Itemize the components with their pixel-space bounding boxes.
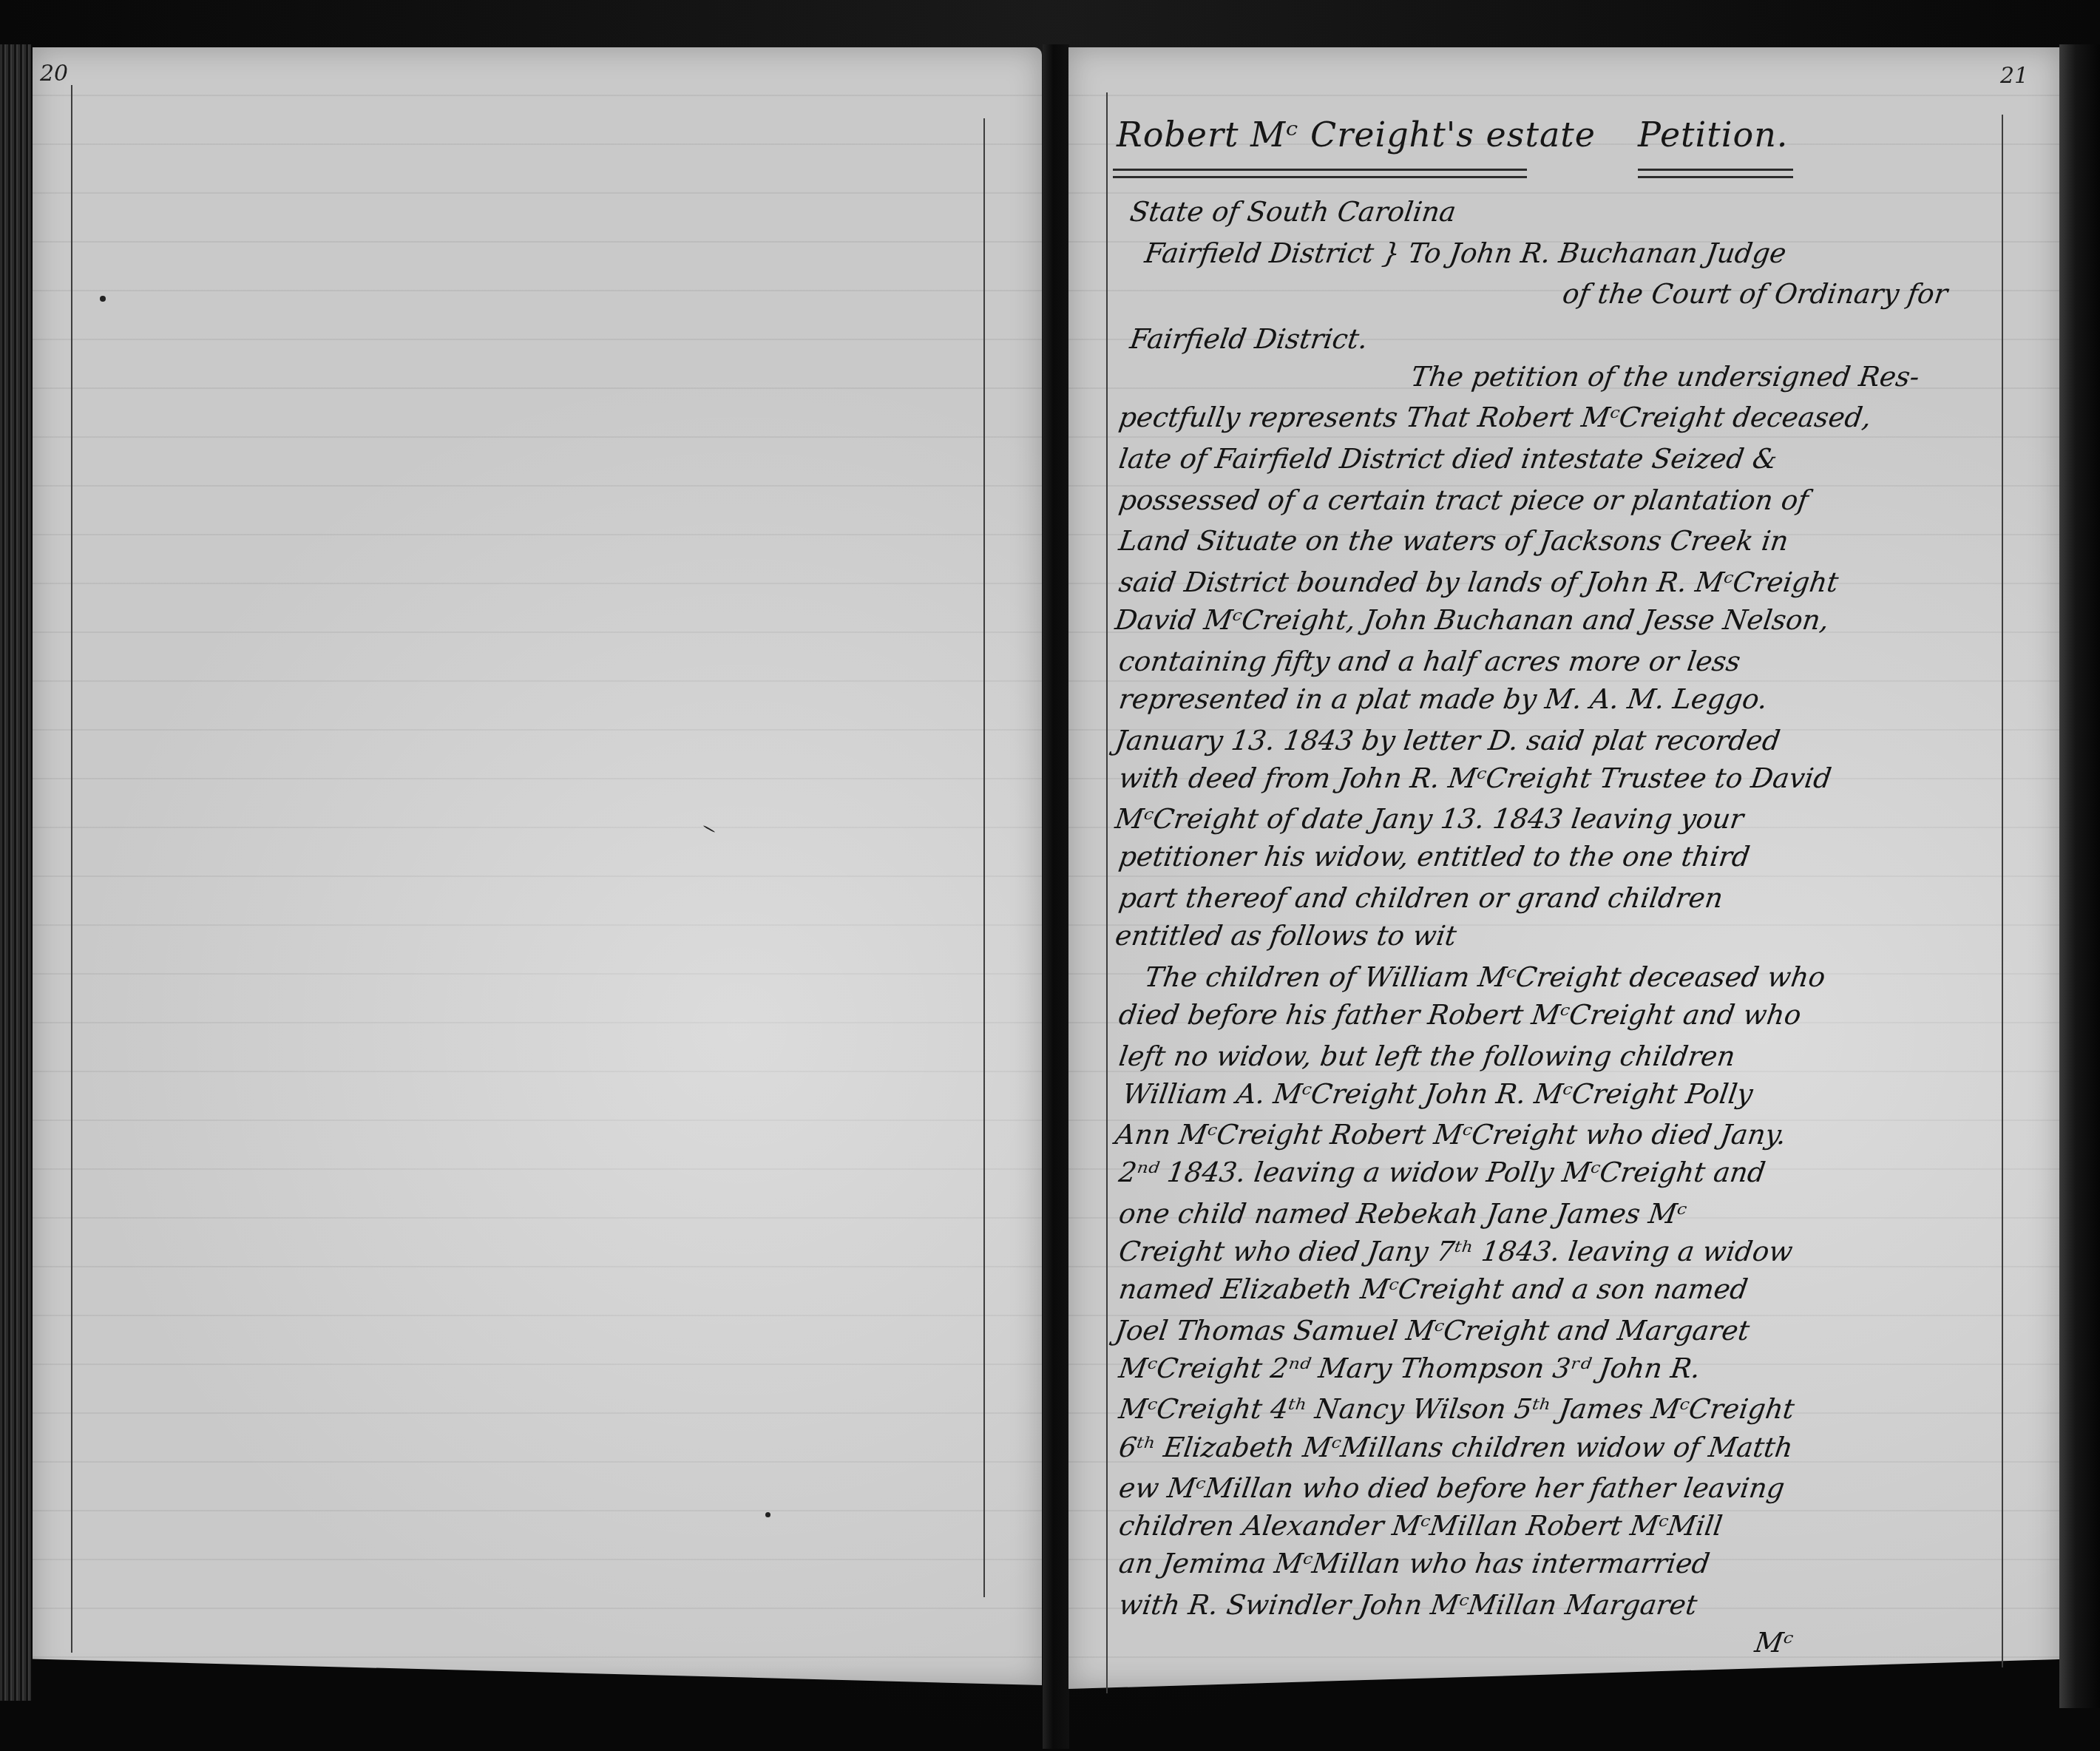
handwritten-line: entitled as follows to wit	[1113, 918, 1459, 955]
handwritten-line: Fairfield District } To John R. Buchanan…	[1142, 235, 1789, 272]
handwritten-line: Land Situate on the waters of Jacksons C…	[1117, 523, 1791, 560]
handwritten-line: Ann MᶜCreight Robert MᶜCreight who died …	[1113, 1117, 1789, 1154]
handwritten-line: Fairfield District.	[1128, 321, 1370, 358]
handwritten-line: Creight who died Jany 7ᵗʰ 1843. leaving …	[1117, 1233, 1795, 1270]
handwritten-line: children Alexander MᶜMillan Robert MᶜMil…	[1117, 1508, 1725, 1545]
left-page-margin-rule-right	[983, 118, 985, 1597]
title-underline	[1638, 169, 1793, 171]
handwritten-line: The petition of the undersigned Res-	[1409, 359, 1922, 396]
handwritten-line: Joel Thomas Samuel MᶜCreight and Margare…	[1113, 1313, 1752, 1349]
book-edge-left	[0, 44, 31, 1701]
handwritten-line: represented in a plat made by M. A. M. L…	[1117, 681, 1769, 718]
handwritten-line: an Jemima MᶜMillan who has intermarried	[1117, 1545, 1712, 1582]
handwritten-line: The children of William MᶜCreight deceas…	[1142, 959, 1828, 996]
handwritten-line: Mᶜ	[1752, 1625, 1795, 1662]
handwritten-line: MᶜCreight 4ᵗʰ Nancy Wilson 5ᵗʰ James MᶜC…	[1117, 1391, 1797, 1428]
handwritten-line: late of Fairfield District died intestat…	[1117, 441, 1780, 478]
ink-speck	[765, 1512, 770, 1517]
handwritten-line: MᶜCreight 2ⁿᵈ Mary Thompson 3ʳᵈ John R.	[1117, 1350, 1703, 1387]
handwritten-line: pectfully represents That Robert MᶜCreig…	[1117, 399, 1874, 436]
handwritten-line: named Elizabeth MᶜCreight and a son name…	[1117, 1271, 1750, 1308]
title-underline	[1113, 169, 1527, 171]
handwritten-line: with deed from John R. MᶜCreight Trustee…	[1117, 760, 1834, 797]
entry-type-title: Petition.	[1638, 115, 1788, 155]
title-underline	[1638, 176, 1793, 178]
handwritten-line: one child named Rebekah Jane James Mᶜ	[1117, 1196, 1689, 1233]
handwritten-line: left no widow, but left the following ch…	[1117, 1038, 1738, 1075]
handwritten-line: State of South Carolina	[1128, 194, 1458, 231]
handwritten-line: possessed of a certain tract piece or pl…	[1117, 482, 1811, 519]
right-page-margin-rule-left	[1106, 92, 1108, 1693]
handwritten-line: with R. Swindler John MᶜMillan Margaret	[1117, 1587, 1699, 1624]
ink-speck	[100, 296, 106, 302]
handwritten-line: 6ᵗʰ Elizabeth MᶜMillans children widow o…	[1117, 1429, 1795, 1466]
handwritten-line: MᶜCreight of date Jany 13. 1843 leaving …	[1113, 801, 1746, 838]
handwritten-line: David MᶜCreight, John Buchanan and Jesse…	[1113, 602, 1832, 639]
handwritten-line: containing fifty and a half acres more o…	[1117, 643, 1743, 680]
left-page	[33, 47, 1042, 1685]
handwritten-line: of the Court of Ordinary for	[1560, 276, 1950, 313]
handwritten-line: January 13. 1843 by letter D. said plat …	[1113, 722, 1783, 759]
handwritten-line: petitioner his widow, entitled to the on…	[1117, 839, 1752, 875]
handwritten-line: 2ⁿᵈ 1843. leaving a widow Polly MᶜCreigh…	[1117, 1154, 1768, 1191]
right-page-number: 21	[2000, 63, 2028, 89]
handwritten-line: part thereof and children or grand child…	[1117, 880, 1725, 917]
handwritten-line: died before his father Robert MᶜCreight …	[1117, 997, 1803, 1034]
entry-title: Robert Mᶜ Creight's estate	[1117, 115, 1596, 155]
right-page-margin-rule-right	[2002, 115, 2003, 1667]
book-gutter	[1043, 44, 1069, 1749]
book-edge-right	[2059, 44, 2100, 1708]
handwritten-line: said District bounded by lands of John R…	[1117, 564, 1840, 601]
title-underline	[1113, 176, 1527, 178]
handwritten-line: William A. MᶜCreight John R. MᶜCreight P…	[1120, 1076, 1755, 1113]
left-page-number: 20	[40, 61, 68, 87]
handwritten-line: ew MᶜMillan who died before her father l…	[1117, 1470, 1787, 1507]
left-page-margin-rule-left	[71, 85, 72, 1653]
